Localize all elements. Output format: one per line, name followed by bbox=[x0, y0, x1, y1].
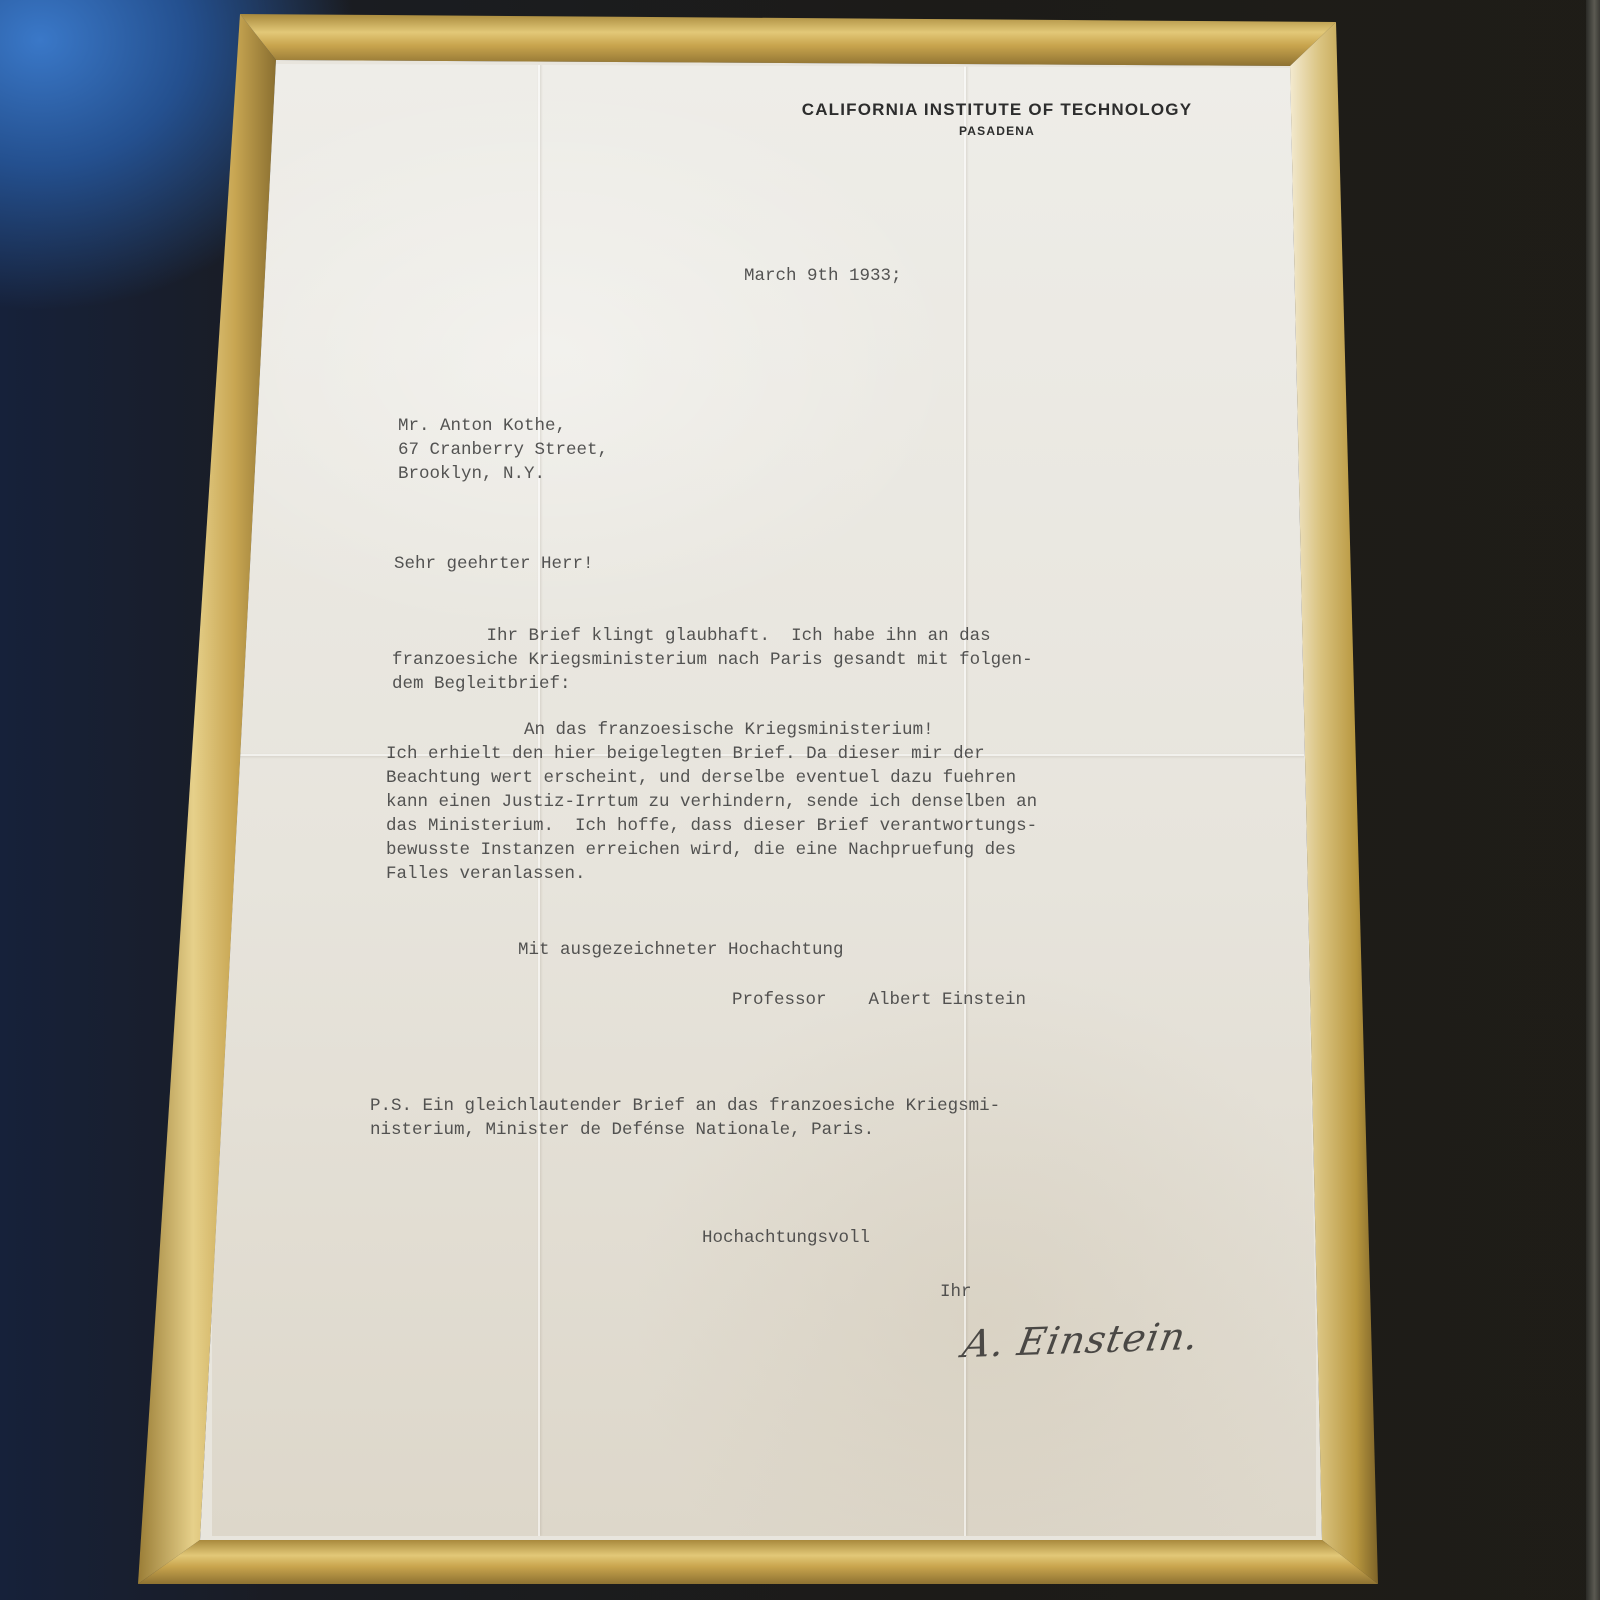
enclosed-line: Ich erhielt den hier beigelegten Brief. … bbox=[386, 742, 1037, 766]
postscript-line: P.S. Ein gleichlautender Brief an das fr… bbox=[370, 1094, 1000, 1118]
letter-closing: Hochachtungsvoll bbox=[702, 1226, 870, 1250]
letter-sheet: CALIFORNIA INSTITUTE OF TECHNOLOGY PASAD… bbox=[212, 64, 1316, 1536]
body-line: franzoesiche Kriegsministerium nach Pari… bbox=[392, 648, 1033, 672]
salutation: Sehr geehrter Herr! bbox=[394, 552, 594, 576]
enclosed-line: Beachtung wert erscheint, und derselbe e… bbox=[386, 766, 1037, 790]
enclosed-closing: Mit ausgezeichneter Hochachtung bbox=[518, 938, 844, 962]
postscript: P.S. Ein gleichlautender Brief an das fr… bbox=[370, 1094, 1000, 1142]
enclosed-line: das Ministerium. Ich hoffe, dass dieser … bbox=[386, 814, 1037, 838]
letter-closing-ihr: Ihr bbox=[940, 1280, 972, 1304]
enclosed-signature-line: Professor Albert Einstein bbox=[732, 988, 1026, 1012]
body-paragraph: Ihr Brief klingt glaubhaft. Ich habe ihn… bbox=[392, 624, 1033, 696]
enclosed-line: kann einen Justiz-Irrtum zu verhindern, … bbox=[386, 790, 1037, 814]
body-line: dem Begleitbrief: bbox=[392, 672, 1033, 696]
enclosed-line: Falles veranlassen. bbox=[386, 862, 1037, 886]
recipient-street: 67 Cranberry Street, bbox=[398, 438, 608, 462]
recipient-city: Brooklyn, N.Y. bbox=[398, 462, 608, 486]
letterhead-institution: CALIFORNIA INSTITUTE OF TECHNOLOGY bbox=[212, 100, 1316, 120]
recipient-name: Mr. Anton Kothe, bbox=[398, 414, 608, 438]
enclosed-letter-body: Ich erhielt den hier beigelegten Brief. … bbox=[386, 742, 1037, 886]
postscript-line: nisterium, Minister de Defénse Nationale… bbox=[370, 1118, 1000, 1142]
handwritten-signature: A. Einstein. bbox=[959, 1314, 1202, 1366]
body-line: Ihr Brief klingt glaubhaft. Ich habe ihn… bbox=[392, 624, 1033, 648]
enclosed-heading: An das franzoesische Kriegsministerium! bbox=[524, 718, 934, 742]
enclosed-line: bewusste Instanzen erreichen wird, die e… bbox=[386, 838, 1037, 862]
letter-date: March 9th 1933; bbox=[744, 264, 902, 288]
letterhead-city: PASADENA bbox=[212, 124, 1316, 138]
recipient-address: Mr. Anton Kothe, 67 Cranberry Street, Br… bbox=[398, 414, 608, 486]
